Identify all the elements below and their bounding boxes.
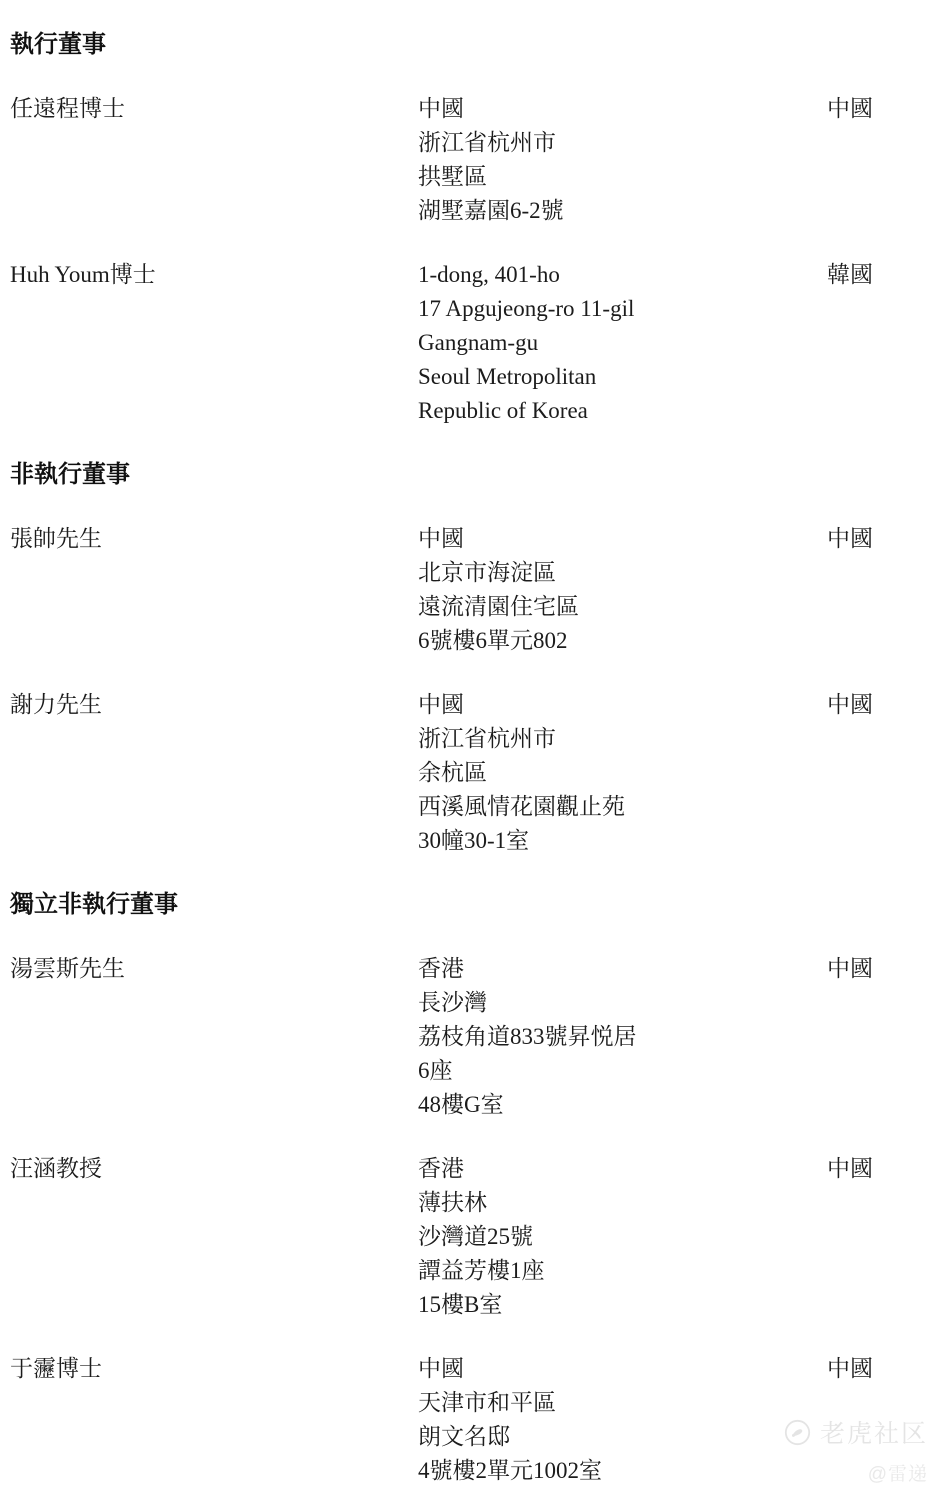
section-entries: 湯雲斯先生 香港長沙灣荔枝角道833號昇悦居6座48樓G室 中國 汪涵教授 香港… <box>10 952 928 1488</box>
director-entry: 湯雲斯先生 香港長沙灣荔枝角道833號昇悦居6座48樓G室 中國 <box>10 952 928 1122</box>
address-line: 浙江省杭州市 <box>418 126 827 160</box>
address-line: 17 Apgujeong-ro 11-gil <box>418 292 827 326</box>
section-title: 非執行董事 <box>10 458 928 492</box>
address-line: 中國 <box>418 688 827 722</box>
address-line: 北京市海淀區 <box>418 556 827 590</box>
address-line: 香港 <box>418 952 827 986</box>
director-nationality: 中國 <box>827 92 928 126</box>
director-address: 中國浙江省杭州市余杭區西溪風情花園觀止苑30幢30-1室 <box>418 688 827 858</box>
director-address: 中國浙江省杭州市拱墅區湖墅嘉園6-2號 <box>418 92 827 228</box>
address-line: Gangnam-gu <box>418 326 827 360</box>
address-line: 拱墅區 <box>418 160 827 194</box>
address-line: 譚益芳樓1座 <box>418 1254 827 1288</box>
address-line: Republic of Korea <box>418 394 827 428</box>
director-entry: Huh Youm博士 1-dong, 401-ho17 Apgujeong-ro… <box>10 258 928 428</box>
director-address: 中國北京市海淀區遠流清園住宅區6號樓6單元802 <box>418 522 827 658</box>
director-name: Huh Youm博士 <box>10 258 418 292</box>
director-address: 1-dong, 401-ho17 Apgujeong-ro 11-gilGang… <box>418 258 827 428</box>
director-nationality: 中國 <box>827 688 928 722</box>
section-title: 執行董事 <box>10 28 928 62</box>
address-line: 4號樓2單元1002室 <box>418 1454 827 1488</box>
address-line: 中國 <box>418 92 827 126</box>
director-name: 謝力先生 <box>10 688 418 722</box>
address-line: 15樓B室 <box>418 1288 827 1322</box>
address-line: 朗文名邸 <box>418 1420 827 1454</box>
address-line: 浙江省杭州市 <box>418 722 827 756</box>
address-line: 6座 <box>418 1054 827 1088</box>
watermark-brand-text: 老虎社区 <box>820 1414 928 1450</box>
director-address: 中國天津市和平區朗文名邸4號樓2單元1002室 <box>418 1352 827 1488</box>
address-line: 天津市和平區 <box>418 1386 827 1420</box>
address-line: 30幢30-1室 <box>418 824 827 858</box>
director-section: 非執行董事 張帥先生 中國北京市海淀區遠流清園住宅區6號樓6單元802 中國 謝… <box>10 458 928 858</box>
address-line: 中國 <box>418 1352 827 1386</box>
director-nationality: 中國 <box>827 522 928 556</box>
address-line: 中國 <box>418 522 827 556</box>
director-section: 執行董事 任遠程博士 中國浙江省杭州市拱墅區湖墅嘉園6-2號 中國 Huh Yo… <box>10 28 928 428</box>
address-line: 薄扶林 <box>418 1186 827 1220</box>
director-name: 任遠程博士 <box>10 92 418 126</box>
document-page: { "sections": [ { "title": "執行董事", "entr… <box>0 0 938 1494</box>
watermark-brand-row: 老虎社区 <box>784 1414 928 1450</box>
address-line: 遠流清園住宅區 <box>418 590 827 624</box>
directors-list: 執行董事 任遠程博士 中國浙江省杭州市拱墅區湖墅嘉園6-2號 中國 Huh Yo… <box>10 28 928 1488</box>
address-line: 48樓G室 <box>418 1088 827 1122</box>
section-title: 獨立非執行董事 <box>10 888 928 922</box>
address-line: 6號樓6單元802 <box>418 624 827 658</box>
director-address: 香港長沙灣荔枝角道833號昇悦居6座48樓G室 <box>418 952 827 1122</box>
director-section: 獨立非執行董事 湯雲斯先生 香港長沙灣荔枝角道833號昇悦居6座48樓G室 中國… <box>10 888 928 1488</box>
director-name: 于靋博士 <box>10 1352 418 1386</box>
director-nationality: 中國 <box>827 1152 928 1186</box>
director-name: 湯雲斯先生 <box>10 952 418 986</box>
tiger-community-logo-icon <box>784 1419 811 1446</box>
section-entries: 任遠程博士 中國浙江省杭州市拱墅區湖墅嘉園6-2號 中國 Huh Youm博士 … <box>10 92 928 428</box>
address-line: 沙灣道25號 <box>418 1220 827 1254</box>
director-entry: 張帥先生 中國北京市海淀區遠流清園住宅區6號樓6單元802 中國 <box>10 522 928 658</box>
address-line: 長沙灣 <box>418 986 827 1020</box>
address-line: 荔枝角道833號昇悦居 <box>418 1020 827 1054</box>
director-entry: 汪涵教授 香港薄扶林沙灣道25號譚益芳樓1座15樓B室 中國 <box>10 1152 928 1322</box>
director-nationality: 韓國 <box>827 258 928 292</box>
director-entry: 謝力先生 中國浙江省杭州市余杭區西溪風情花園觀止苑30幢30-1室 中國 <box>10 688 928 858</box>
director-entry: 任遠程博士 中國浙江省杭州市拱墅區湖墅嘉園6-2號 中國 <box>10 92 928 228</box>
section-entries: 張帥先生 中國北京市海淀區遠流清園住宅區6號樓6單元802 中國 謝力先生 中國… <box>10 522 928 858</box>
director-address: 香港薄扶林沙灣道25號譚益芳樓1座15樓B室 <box>418 1152 827 1322</box>
address-line: 西溪風情花園觀止苑 <box>418 790 827 824</box>
address-line: 余杭區 <box>418 756 827 790</box>
director-nationality: 中國 <box>827 1352 928 1386</box>
address-line: 香港 <box>418 1152 827 1186</box>
director-name: 汪涵教授 <box>10 1152 418 1186</box>
address-line: 1-dong, 401-ho <box>418 258 827 292</box>
director-nationality: 中國 <box>827 952 928 986</box>
watermark: 老虎社区 @雷递 <box>784 1414 928 1486</box>
address-line: Seoul Metropolitan <box>418 360 827 394</box>
watermark-handle: @雷递 <box>784 1459 928 1486</box>
director-name: 張帥先生 <box>10 522 418 556</box>
address-line: 湖墅嘉園6-2號 <box>418 194 827 228</box>
